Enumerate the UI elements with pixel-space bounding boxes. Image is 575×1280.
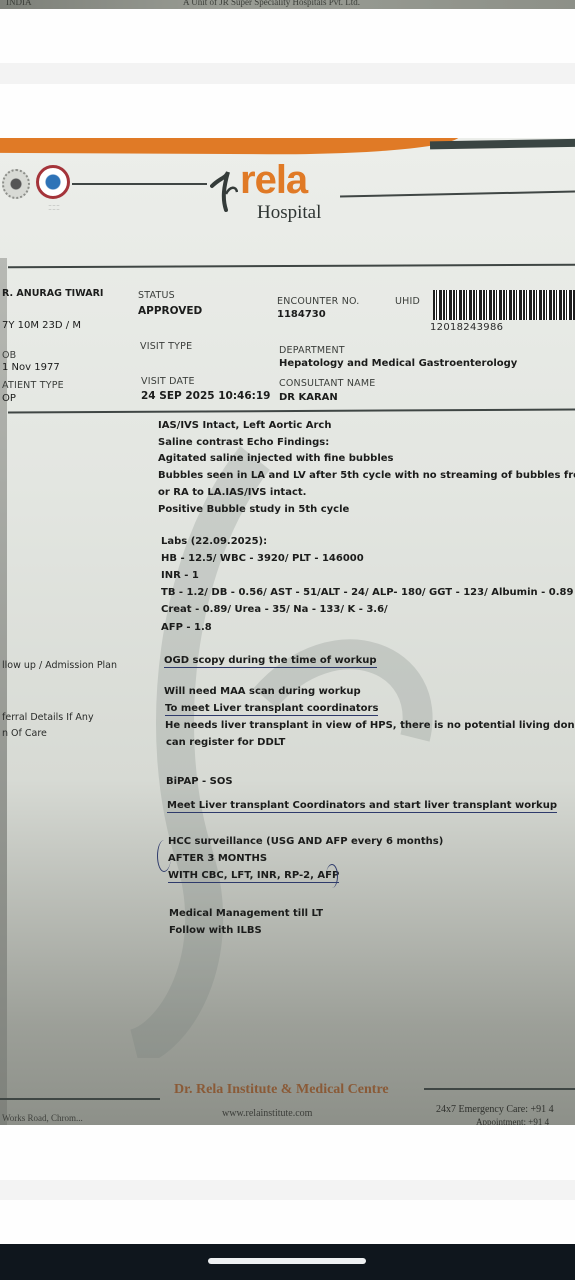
footer-rule-left [0, 1098, 160, 1100]
finding-line: Saline contrast Echo Findings: [158, 437, 329, 448]
patient-age-gender: 7Y 10M 23D / M [2, 320, 81, 331]
plan-hcc-surveillance: HCC surveillance (USG AND AFP every 6 mo… [168, 836, 443, 847]
footer-institute: Dr. Rela Institute & Medical Centre [174, 1082, 389, 1098]
lab-line: AFP - 1.8 [161, 622, 212, 633]
lab-line: Creat - 0.89/ Urea - 35/ Na - 133/ K - 3… [161, 604, 388, 615]
finding-line: Agitated saline injected with fine bubbl… [158, 453, 393, 464]
brand-subtitle: Hospital [257, 202, 321, 224]
plan-follow-ilbs: Follow with ILBS [169, 925, 262, 936]
visit-date-value: 24 SEP 2025 10:46:19 [141, 390, 270, 402]
finding-line: Positive Bubble study in 5th cycle [158, 504, 349, 515]
finding-line: IAS/IVS Intact, Left Aortic Arch [158, 420, 331, 431]
hospital-brand: rela Hospital [210, 166, 340, 226]
nabh-seal-icon [2, 169, 30, 199]
plan-bipap: BiPAP - SOS [166, 776, 233, 787]
visit-type-label: VISIT TYPE [140, 341, 192, 352]
footer-address: Works Road, Chrom... [2, 1113, 83, 1123]
footer-rule-right [424, 1088, 575, 1090]
brand-name: rela [240, 158, 307, 203]
finding-line: Bubbles seen in LA and LV after 5th cycl… [158, 470, 575, 481]
plan-start-workup: Meet Liver transplant Coordinators and s… [167, 800, 557, 813]
consultant-label: CONSULTANT NAME [279, 378, 375, 389]
accreditation-logos: — — —— — — [2, 163, 82, 218]
footer-appointment: Appointment: +91 4 [476, 1117, 549, 1125]
plan-with-tests: WITH CBC, LFT, INR, RP-2, AFP [168, 870, 339, 883]
rela-mark-icon [210, 168, 238, 212]
plan-maa: Will need MAA scan during workup [164, 686, 361, 697]
footer-website: www.relainstitute.com [222, 1108, 312, 1119]
uhid-number: 12018243986 [430, 322, 503, 333]
patient-type-value: OP [2, 393, 16, 404]
top-strip-left-text: INDIA [6, 0, 32, 7]
previous-photo-strip: INDIA A Unit of JR Super Speciality Hosp… [0, 0, 575, 9]
plan-ddlt: can register for DDLT [166, 737, 285, 748]
referral-details-label: ferral Details If Any [2, 712, 94, 723]
uhid-label: UHID [395, 296, 420, 307]
plan-transplant: He needs liver transplant in view of HPS… [165, 720, 575, 731]
status-label: STATUS [138, 290, 175, 301]
patient-type-label: ATIENT TYPE [2, 380, 64, 391]
followup-admission-label: llow up / Admission Plan [2, 660, 117, 671]
jci-seal-icon [36, 165, 70, 199]
handwritten-bracket-left [157, 840, 171, 872]
uhid-barcode [433, 290, 575, 320]
lab-line: TB - 1.2/ DB - 0.56/ AST - 51/ALT - 24/ … [161, 587, 573, 598]
consultant-value: DR KARAN [279, 392, 338, 403]
plan-medical-management: Medical Management till LT [169, 908, 323, 919]
lab-line: HB - 12.5/ WBC - 3920/ PLT - 146000 [161, 553, 364, 564]
plan-after-3-months: AFTER 3 MONTHS [168, 853, 267, 864]
labs-heading: Labs (22.09.2025): [161, 536, 267, 547]
status-badge: APPROVED [138, 305, 202, 317]
encounter-label: ENCOUNTER NO. [277, 296, 360, 307]
plan-ogd: OGD scopy during the time of workup [164, 655, 377, 668]
rela-watermark-icon [115, 438, 435, 1058]
department-value: Hepatology and Medical Gastroenterology [279, 358, 517, 369]
document-photo[interactable]: — — —— — — rela Hospital R. ANURAG TIWAR… [0, 138, 575, 1125]
seal-caption: — — —— — — [32, 203, 76, 211]
header-dark-band [430, 139, 575, 150]
info-top-rule [8, 264, 575, 268]
home-gesture-handle[interactable] [208, 1258, 366, 1264]
handwritten-bracket-right [326, 864, 338, 888]
info-bottom-rule [8, 409, 575, 413]
visit-date-label: VISIT DATE [141, 376, 195, 387]
header-rule-right [340, 191, 575, 198]
dob-label: OB [2, 350, 16, 361]
gallery-separator-bottom [0, 1180, 575, 1200]
top-strip-center-text: A Unit of JR Super Speciality Hospitals … [183, 0, 360, 7]
patient-name: R. ANURAG TIWARI [2, 288, 103, 299]
header-orange-band [0, 138, 460, 155]
dob-value: 1 Nov 1977 [2, 362, 60, 373]
footer-emergency: 24x7 Emergency Care: +91 4 [436, 1104, 554, 1115]
plan-meet-coordinators: To meet Liver transplant coordinators [165, 703, 378, 716]
finding-line: or RA to LA.IAS/IVS intact. [158, 487, 306, 498]
encounter-number: 1184730 [277, 309, 326, 320]
header-rule-left [72, 183, 207, 185]
gallery-separator [0, 63, 575, 84]
department-label: DEPARTMENT [279, 345, 345, 356]
lab-line: INR - 1 [161, 570, 199, 581]
plan-of-care-label: n Of Care [2, 728, 47, 739]
